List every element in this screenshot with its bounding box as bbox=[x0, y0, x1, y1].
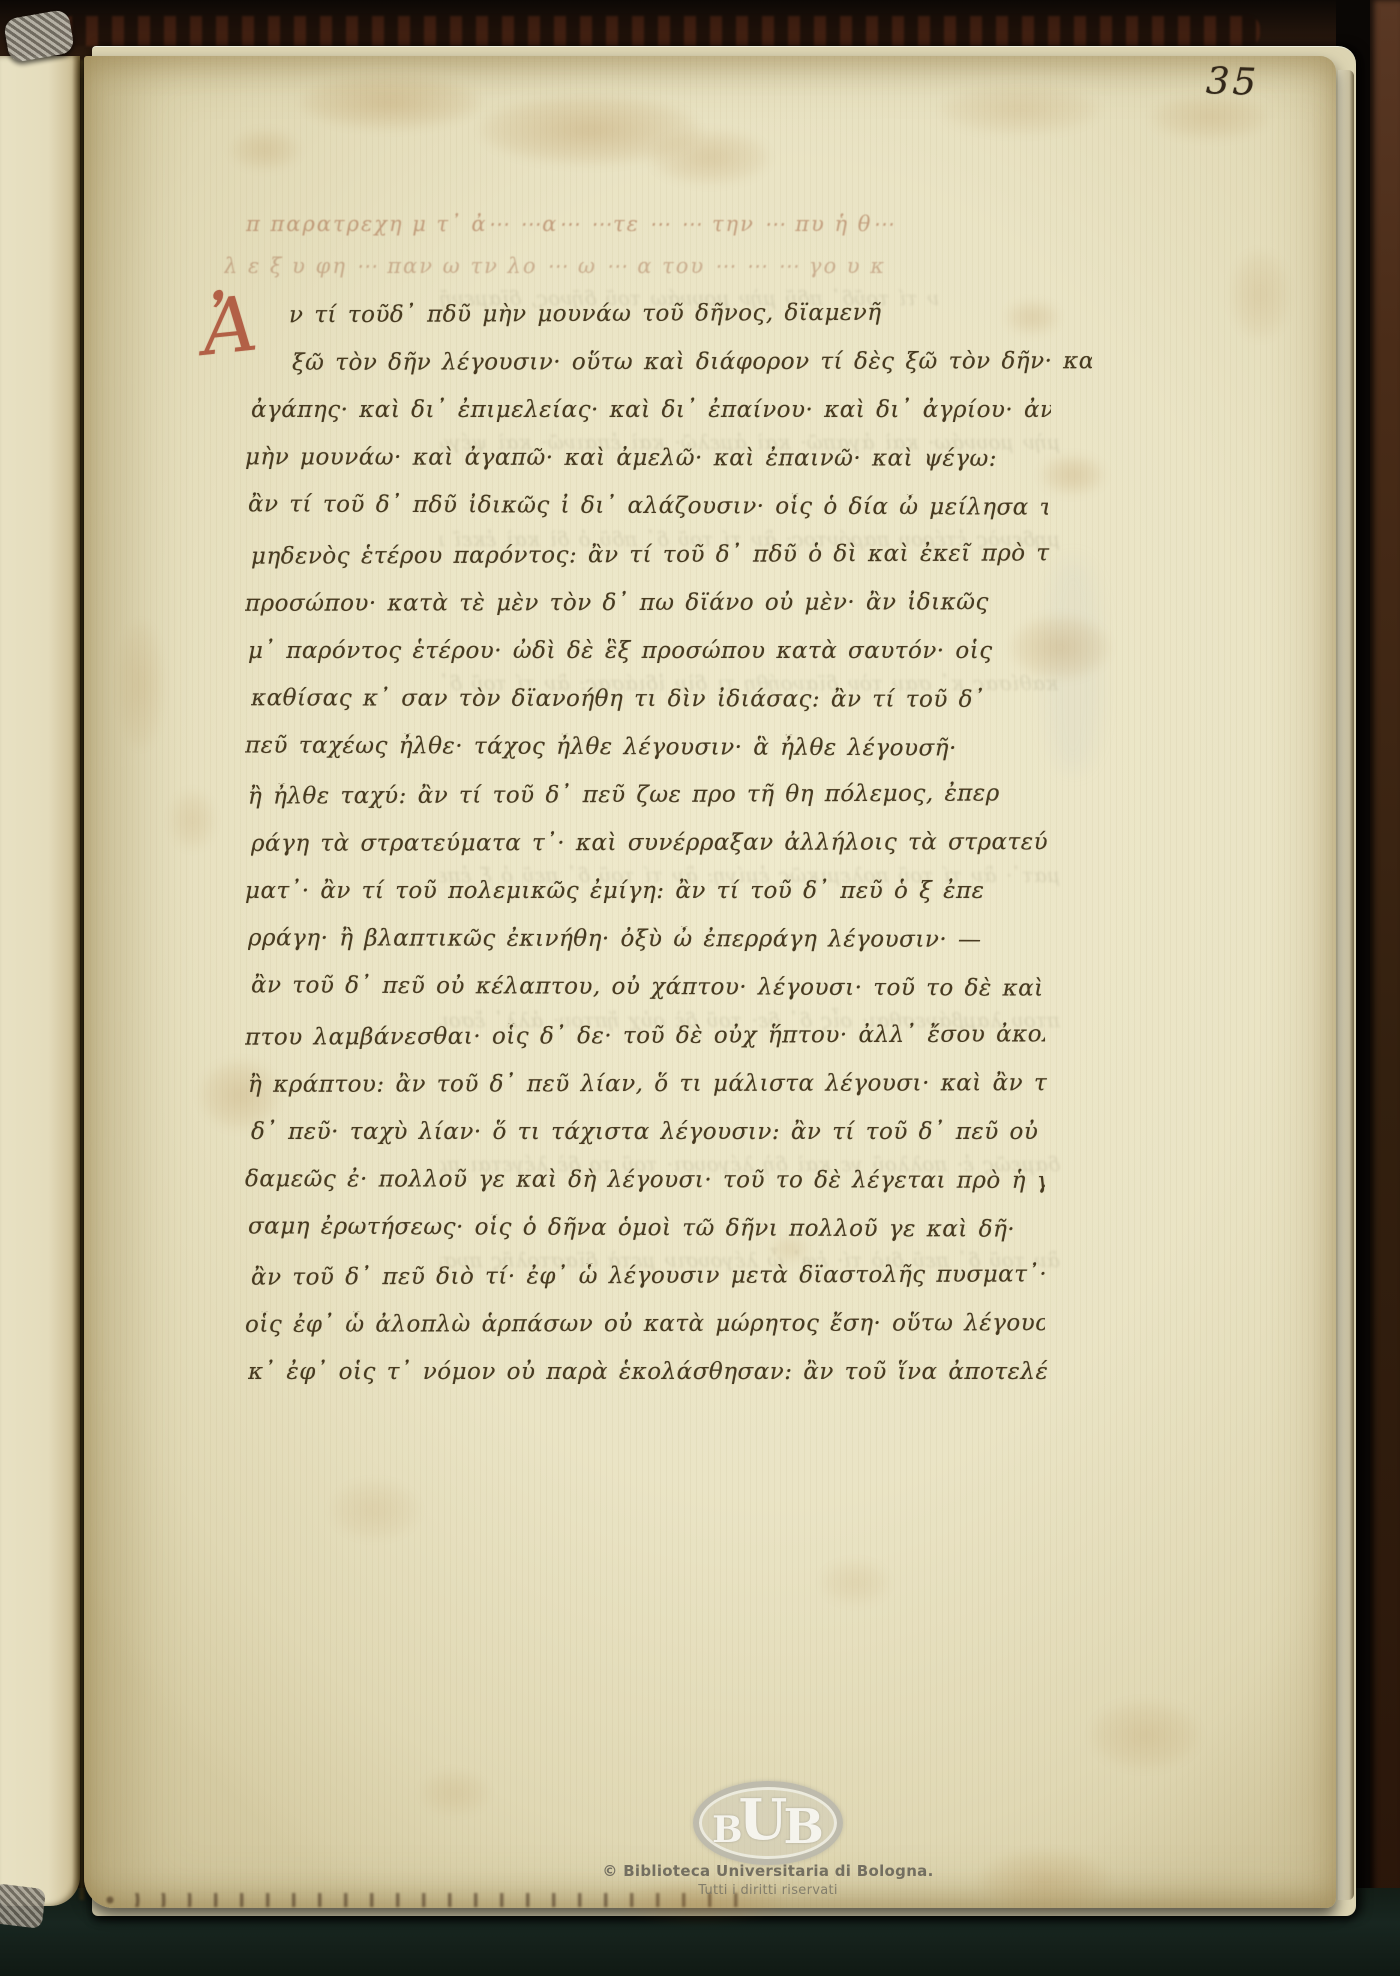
monogram-letter: B bbox=[783, 1803, 824, 1851]
rubricated-initial: Ἀ bbox=[198, 285, 261, 366]
manuscript-line-16: πτου λαμβάνεσθαι· οἷς δ᾽ δε· τοῦ δὲ οὐχ … bbox=[245, 1021, 1045, 1050]
facing-page-sliver bbox=[0, 56, 80, 1906]
manuscript-line-17: ἢ κράπτου: ἂν τοῦ δ᾽ πεῦ λίαν, ὅ τι μάλι… bbox=[248, 1070, 1048, 1098]
manuscript-line-19: δαμεῶς ἐ· πολλοῦ γε καὶ δὴ λέγουσι· τοῦ … bbox=[245, 1166, 1045, 1194]
monogram-letter: U bbox=[739, 1792, 788, 1848]
faded-rubric-line: π παρατρεχη μ τ᾽ ἀ⋯ ⋯α⋯ ⋯τε ⋯ ⋯ την ⋯ πυ… bbox=[246, 212, 895, 236]
manuscript-line-21: ἂν τοῦ δ᾽ πεῦ διὸ τί· ἐφ᾽ ὧ λέγουσιν μετ… bbox=[251, 1261, 1047, 1290]
manuscript-line-18: δ᾽ πεῦ· ταχὺ λίαν· ὅ τι τάχιστα λέγουσιν… bbox=[251, 1119, 1038, 1145]
manuscript-line-6: μηδενὸς ἑτέρου παρόντος: ἂν τί τοῦ δ᾽ πδ… bbox=[251, 540, 1050, 569]
manuscript-line-20: σαμη ἐρωτήσεως· οἷς ὁ δῆνα ὁμοὶ τῶ δῆνι … bbox=[248, 1213, 1015, 1242]
manuscript-line-5: ἂν τί τοῦ δ᾽ πδῦ ἰδικῶς ἰ δι᾽ αλάζουσιν·… bbox=[248, 491, 1048, 520]
manuscript-line-9: καθίσας κ᾽ σαν τὸν δϊανοήθη τι δὶν ἰδιάσ… bbox=[251, 685, 985, 713]
manuscript-line-10: πεῦ ταχέως ἦλθε· τάχος ἦλθε λέγουσιν· ἃ … bbox=[245, 733, 957, 762]
faded-rubric-line: λ ε ξ υ φη ⋯ παν ω τν λο ⋯ ω ⋯ α του ⋯ ⋯… bbox=[224, 254, 886, 278]
manuscript-line-1: ν τί τοῦδ᾽ πδῦ μὴν μουνάω τοῦ δῆνος, δϊα… bbox=[289, 300, 882, 328]
manuscript-line-13: ματ᾽· ἂν τί τοῦ πολεμικῶς ἐμίγη: ἂν τί τ… bbox=[245, 878, 984, 904]
manuscript-line-23: κ᾽ ἐφ᾽ οἷς τ᾽ νόμον οὐ παρὰ ἑκολάσθησαν:… bbox=[248, 1359, 1048, 1385]
folio-number: 35 bbox=[1205, 59, 1260, 104]
copyright-notice: © Biblioteca Universitaria di Bologna. T… bbox=[468, 1862, 1068, 1898]
copyright-line: © Biblioteca Universitaria di Bologna. bbox=[468, 1862, 1068, 1880]
manuscript-line-4: μὴν μουνάω· καὶ ἀγαπῶ· καὶ ἀμελῶ· καὶ ἐπ… bbox=[245, 444, 997, 472]
show-through-streak bbox=[1046, 560, 1100, 770]
bub-monogram: BUB bbox=[712, 1795, 824, 1851]
manuscript-line-14: ρράγη· ἢ βλαπτικῶς ἐκινήθη· ὀξὺ ὦ ἐπερρά… bbox=[248, 925, 982, 953]
leather-cover-edge bbox=[1370, 0, 1400, 1944]
manuscript-line-15: ἂν τοῦ δ᾽ πεῦ οὐ κέλαπτου, οὐ χάπτου· λέ… bbox=[251, 972, 1051, 1001]
rights-line: Tutti i diritti riservati bbox=[468, 1883, 1068, 1898]
manuscript-line-2: ξῶ τὸν δῆν λέγουσιν· οὕτω καὶ διάφορον τ… bbox=[292, 348, 1092, 376]
manuscript-line-7: προσώπου· κατὰ τὲ μὲν τὸν δ᾽ πω δϊάνο οὐ… bbox=[245, 589, 989, 617]
manuscript-line-3: ἀγάπης· καὶ δι᾽ ἐπιμελείας· καὶ δι᾽ ἐπαί… bbox=[251, 397, 1051, 423]
manuscript-line-8: μ᾽ παρόντος ἑτέρου· ὠδὶ δὲ ἓξ προσώπου κ… bbox=[248, 638, 993, 664]
manuscript-line-12: ράγη τὰ στρατεύματα τ᾽· καὶ συνέρραξαν ἀ… bbox=[251, 829, 1048, 857]
library-stamp-oval: BUB bbox=[693, 1781, 843, 1865]
manuscript-line-11: ἢ ἦλθε ταχύ: ἂν τί τοῦ δ᾽ πεῦ ζωε προ τῆ… bbox=[248, 780, 1000, 809]
headcap-stitching bbox=[60, 16, 1260, 46]
manuscript-line-22: οἷς ἐφ᾽ ὧ ἀλοπλὼ ἁρπάσων οὐ κατὰ μώρητος… bbox=[245, 1310, 1045, 1338]
tailband-fabric bbox=[0, 1883, 46, 1929]
page-fore-edge bbox=[1338, 70, 1354, 1900]
